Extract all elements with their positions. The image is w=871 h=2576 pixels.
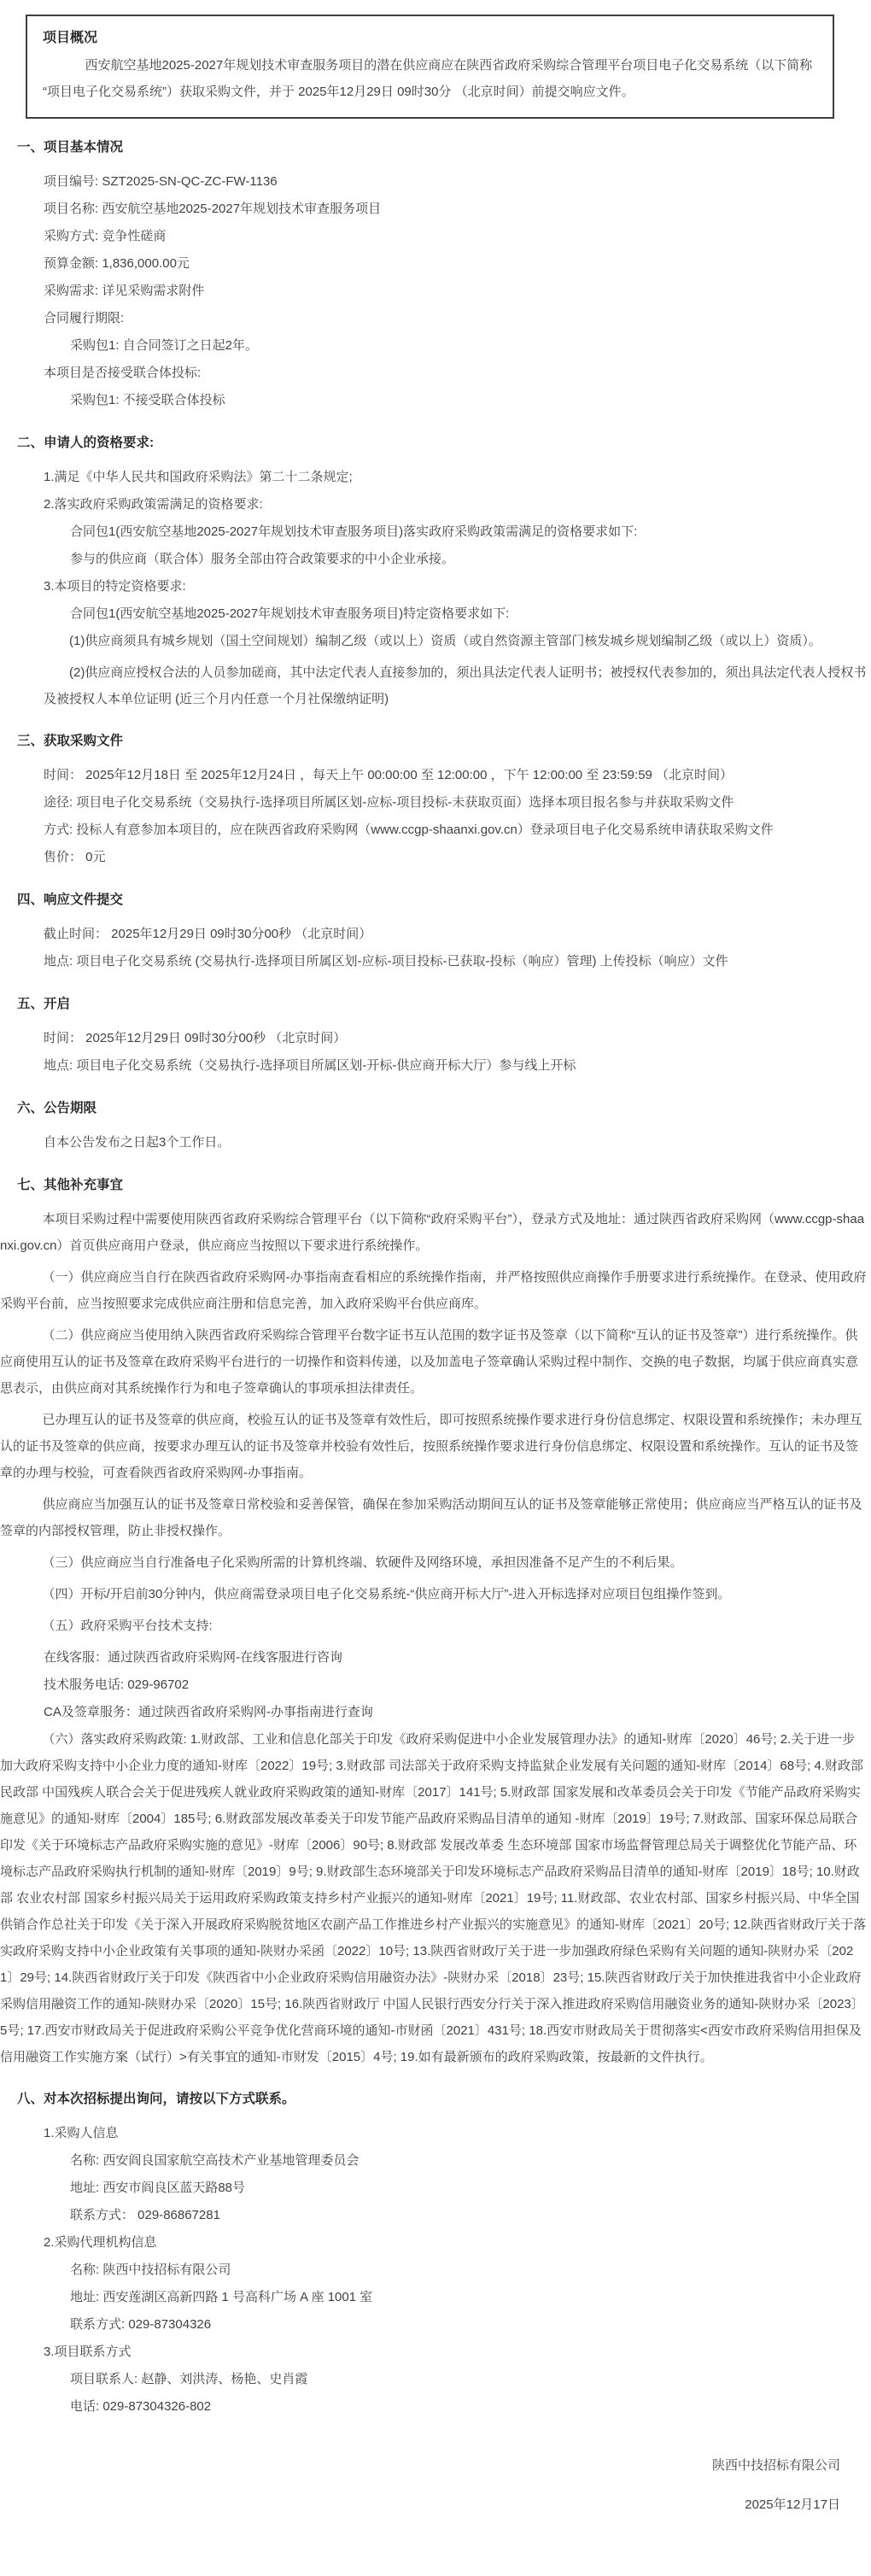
notice-line: 2.落实政府采购政策需满足的资格要求: (44, 491, 862, 518)
notice-line: 方式: 投标人有意参加本项目的，应在陕西省政府采购网（www.ccgp-shaa… (44, 817, 862, 844)
notice-line: 时间： 2025年12月29日 09时30分00秒 （北京时间） (44, 1025, 862, 1052)
notice-paragraph: 供应商应当加强互认的证书及签章日常校验和妥善保管，确保在参加采购活动期间互认的证… (0, 1491, 867, 1544)
notice-line: 2.采购代理机构信息 (44, 2229, 862, 2257)
notice-paragraph: 本项目采购过程中需要使用陕西省政府采购综合管理平台（以下简称“政府采购平台”），… (0, 1206, 867, 1259)
section-heading: 七、其他补充事宜 (17, 1172, 871, 1199)
notice-line: 采购方式: 竞争性磋商 (44, 223, 862, 250)
section-heading: 六、公告期限 (17, 1095, 871, 1122)
notice-paragraph: （四）开标/开启前30分钟内，供应商需登录项目电子化交易系统-“供应商开标大厅”… (0, 1581, 867, 1607)
procurement-notice-page: 项目概况 西安航空基地2025-2027年规划技术审查服务项目的潜在供应商应在陕… (0, 0, 871, 2576)
notice-line: 合同包1(西安航空基地2025-2027年规划技术审查服务项目)落实政府采购政策… (70, 518, 862, 546)
notice-line: 名称: 陕西中技招标有限公司 (70, 2257, 862, 2284)
notice-line: 项目联系人: 赵静、刘洪涛、杨艳、史肖霞 (70, 2366, 862, 2393)
notice-line: 途径: 项目电子化交易系统（交易执行-选择项目所属区划-应标-项目投标-未获取页… (44, 789, 862, 817)
section-heading: 五、开启 (17, 991, 871, 1018)
overview-body: 西安航空基地2025-2027年规划技术审查服务项目的潜在供应商应在陕西省政府采… (43, 52, 817, 105)
notice-line: CA及签章服务：通过陕西省政府采购网-办事指南进行查询 (44, 1699, 862, 1726)
notice-line: 采购包1: 自合同签订之日起2年。 (70, 332, 862, 360)
notice-line: 预算金额: 1,836,000.00元 (44, 250, 862, 278)
notice-line: 在线客服：通过陕西省政府采购网-在线客服进行咨询 (44, 1644, 862, 1671)
notice-paragraph: (1)供应商须具有城乡规划（国土空间规划）编制乙级（或以上）资质（或自然资源主管… (0, 628, 867, 654)
notice-line: 1.采购人信息 (44, 2120, 862, 2147)
notice-line: 售价： 0元 (44, 844, 862, 871)
notice-line: 本项目是否接受联合体投标: (44, 360, 862, 387)
notice-line: 项目名称: 西安航空基地2025-2027年规划技术审查服务项目 (44, 196, 862, 223)
notice-line: 3.本项目的特定资格要求: (44, 573, 862, 600)
notice-footer: 陕西中技招标有限公司 2025年12月17日 (0, 2446, 840, 2525)
notice-paragraph: (2)供应商应授权合法的人员参加磋商，其中法定代表人直接参加的，须出具法定代表人… (0, 659, 867, 712)
project-overview-box: 项目概况 西安航空基地2025-2027年规划技术审查服务项目的潜在供应商应在陕… (26, 15, 834, 119)
notice-line: 时间： 2025年12月18日 至 2025年12月24日 ，每天上午 00:0… (44, 762, 862, 789)
notice-paragraph: （五）政府采购平台技术支持: (0, 1613, 867, 1639)
notice-line: 采购需求: 详见采购需求附件 (44, 278, 862, 305)
notice-line: 名称: 西安阎良国家航空高技术产业基地管理委员会 (70, 2147, 862, 2175)
section-heading: 四、响应文件提交 (17, 887, 871, 914)
notice-line: 合同包1(西安航空基地2025-2027年规划技术审查服务项目)特定资格要求如下… (70, 600, 862, 628)
notice-line: 技术服务电话: 029-96702 (44, 1671, 862, 1699)
notice-paragraph: （二）供应商应当使用纳入陕西省政府采购综合管理平台数字证书互认范围的数字证书及签… (0, 1322, 867, 1402)
notice-line: 1.满足《中华人民共和国政府采购法》第二十二条规定; (44, 464, 862, 491)
notice-line: 地址: 西安市阎良区蓝天路88号 (70, 2175, 862, 2202)
notice-paragraph: （一）供应商应当自行在陕西省政府采购网-办事指南查看相应的系统操作指南，并严格按… (0, 1264, 867, 1317)
notice-line: 参与的供应商（联合体）服务全部由符合政策要求的中小企业承接。 (70, 546, 862, 573)
notice-line: 项目编号: SZT2025-SN-QC-ZC-FW-1136 (44, 168, 862, 196)
notice-line: 采购包1: 不接受联合体投标 (70, 387, 862, 414)
notice-line: 合同履行期限: (44, 305, 862, 332)
section-heading: 一、项目基本情况 (17, 134, 871, 161)
notice-line: 3.项目联系方式 (44, 2339, 862, 2366)
notice-line: 电话: 029-87304326-802 (70, 2393, 862, 2421)
notice-paragraph: （六）落实政府采购政策: 1.财政部、工业和信息化部关于印发《政府采购促进中小企… (0, 1726, 867, 2070)
notice-date: 2025年12月17日 (0, 2485, 840, 2525)
notice-line: 地址: 西安莲湖区高新四路 1 号高科广场 A 座 1001 室 (70, 2284, 862, 2311)
notice-line: 联系方式: 029-87304326 (70, 2311, 862, 2339)
notice-paragraph: 已办理互认的证书及签章的供应商，校验互认的证书及签章有效性后，即可按照系统操作要… (0, 1407, 867, 1486)
overview-title: 项目概况 (43, 25, 817, 52)
notice-line: 地点: 项目电子化交易系统 (交易执行-选择项目所属区划-应标-项目投标-已获取… (44, 948, 862, 975)
notice-paragraph: （三）供应商应当自行准备电子化采购所需的计算机终端、软硬件及网络环境，承担因准备… (0, 1549, 867, 1576)
section-heading: 三、获取采购文件 (17, 728, 871, 755)
section-heading: 二、申请人的资格要求: (17, 430, 871, 457)
notice-line: 地点: 项目电子化交易系统（交易执行-选择项目所属区划-开标-供应商开标大厅）参… (44, 1052, 862, 1080)
notice-line: 联系方式： 029-86867281 (70, 2202, 862, 2229)
document-body: 一、项目基本情况项目编号: SZT2025-SN-QC-ZC-FW-1136项目… (0, 134, 871, 2421)
notice-line: 截止时间： 2025年12月29日 09时30分00秒 （北京时间） (44, 921, 862, 948)
notice-line: 自本公告发布之日起3个工作日。 (44, 1129, 862, 1156)
agency-signature: 陕西中技招标有限公司 (0, 2446, 840, 2485)
section-heading: 八、对本次招标提出询问，请按以下方式联系。 (17, 2086, 871, 2113)
